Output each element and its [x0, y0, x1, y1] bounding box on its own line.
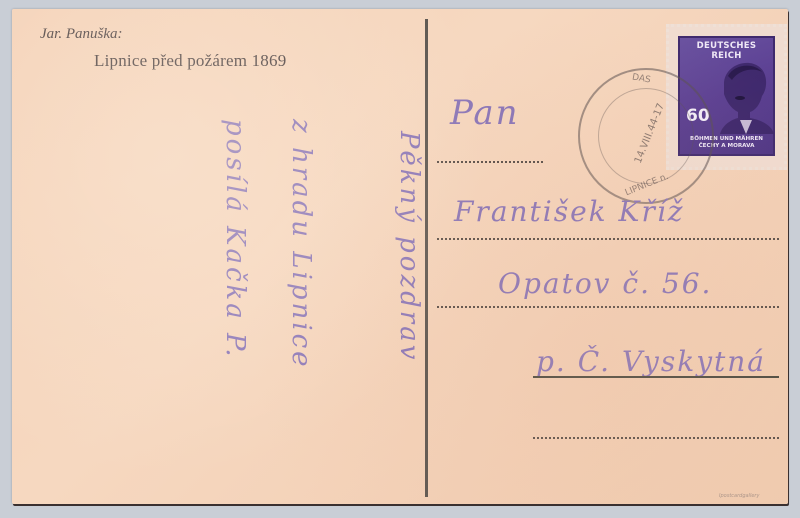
address-name: František Kříž: [454, 195, 685, 228]
address-city: p. Č. Vyskytná: [536, 345, 766, 378]
message-line-3: posílá Kačka P.: [220, 119, 250, 360]
address-street: Opatov č. 56.: [498, 267, 712, 300]
postcard: Jar. Panuška: Lipnice před požárem 1869 …: [12, 9, 788, 504]
address-line-1: [437, 161, 543, 163]
postmark: DAS 14.VIII.44-17 LIPNICE n.: [578, 68, 714, 204]
address-line-3: [437, 306, 779, 308]
address-salutation: Pan: [450, 93, 520, 133]
portrait-icon: [710, 54, 774, 134]
message-line-1: Pěkný pozdrav: [394, 131, 424, 362]
address-line-4: [533, 376, 779, 378]
author-caption: Jar. Panuška:: [40, 26, 123, 43]
address-line-5: [533, 437, 779, 439]
message-line-2: z hradu Lipnice: [286, 119, 316, 370]
handwritten-message: Pěkný pozdrav z hradu Lipnice posílá Kač…: [192, 119, 432, 489]
center-divider: [425, 19, 428, 497]
postcard-title: Lipnice před požárem 1869: [94, 51, 286, 71]
postmark-top-text: DAS: [631, 72, 651, 85]
publisher-mark: Ipostcardgallery: [719, 493, 759, 499]
address-line-2: [437, 238, 779, 240]
